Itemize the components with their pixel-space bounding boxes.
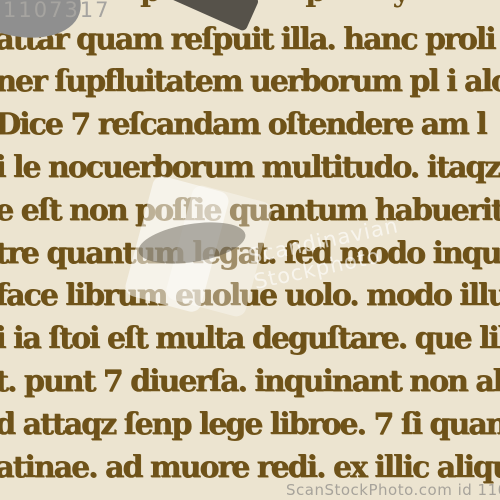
manuscript-line: atinae. ad muore redi. ex illic aliqu [0,450,500,485]
stock-id-number: 1107317 [3,0,111,22]
bottom-credit-watermark: ScanStockPhoto.com id 1107317 [286,481,500,499]
manuscript-line: Dice 7 reſcandam oſtendere am l [0,107,500,142]
manuscript-line: d attaqz ſenp lege libroe. 7 ſi quante a [0,407,500,442]
manuscript-line: attar quam reſpuit illa. hanc proli [0,22,500,57]
manuscript-page: p l p y attar quam reſpuit illa. hanc pr… [0,0,500,500]
manuscript-line: t. punt 7 diuerſa. inquinant non alium [0,364,500,399]
manuscript-line: i le nocuerborum multitudo. itaqz cum [0,150,500,185]
manuscript-line: i ia ſtoi eſt multa deguſtare. que libri [0,321,500,356]
manuscript-line: ner ſupfluitatem uerborum pl i alo [0,64,500,99]
